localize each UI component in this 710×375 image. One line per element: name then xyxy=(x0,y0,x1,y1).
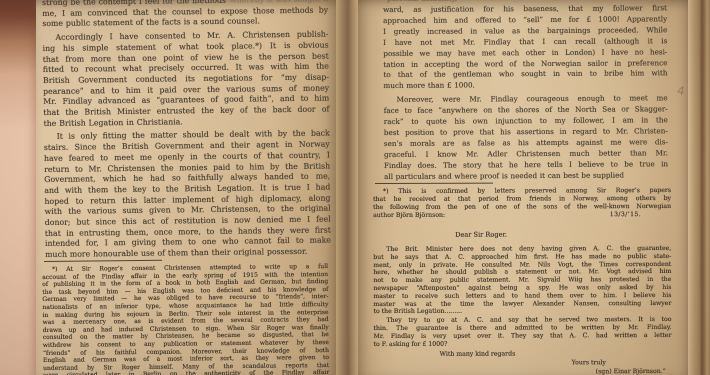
text-line: much more than £ 1000. xyxy=(384,80,668,93)
cut-top-line-visible: strong be the contempt I feel for the me… xyxy=(42,0,226,7)
left-page-main-text: strong be the contempt I feel for the me… xyxy=(42,0,331,261)
text-line: some public statement of the facts is a … xyxy=(42,16,328,30)
paragraph: It is only fitting the matter should be … xyxy=(44,129,332,261)
cut-top-line-faded: whereby it was sought to entrap xyxy=(230,0,328,5)
page-edge-left xyxy=(0,0,36,375)
letter-body: The Brit. Minister here does not deny ha… xyxy=(373,245,671,348)
letter-salutation: Dear Sir Roger. xyxy=(455,230,671,239)
footnote-intro-last-row: author Björn Björnson: 13/3/’15. xyxy=(373,211,671,220)
pencil-mark: 4 xyxy=(676,83,686,98)
footnote-date: 13/3/’15. xyxy=(610,211,641,219)
letter-closing: Yours truly xyxy=(572,359,672,367)
left-page-footnote: *) At Sir Roger’s consent Christensen at… xyxy=(42,258,329,375)
right-main-paragraphs: ward, as justification for his baseness,… xyxy=(383,3,668,182)
text-line: master was at the time the lawyer Alexan… xyxy=(373,300,671,309)
text-line: all particulars and where proof is neede… xyxy=(384,170,668,183)
text-line: to F. asking for £ 1000? xyxy=(374,340,672,349)
footnote-rule xyxy=(375,183,493,184)
paragraph: Moreover, were Mr. Findlay courageous en… xyxy=(384,94,669,183)
left-footnote-lines: *) At Sir Roger’s consent Christensen at… xyxy=(42,263,329,375)
letter-signature: (sgn) Einar Björnson.” xyxy=(596,368,672,375)
text-line: Mr. Findlay is very upset over it. They … xyxy=(374,332,672,341)
left-page: strong be the contempt I feel for the me… xyxy=(36,0,336,375)
footnote-rule xyxy=(44,260,162,262)
letter-regards: With many kind regards xyxy=(440,350,672,359)
text-line: Findlay does. The story that he here tel… xyxy=(384,159,668,172)
right-footnote-intro: *) This is confirmed by letters preserve… xyxy=(373,187,671,212)
paragraph: The Brit. Minister here does not deny ha… xyxy=(373,245,671,316)
paragraph: Accordingly I have consented to Mr. A. C… xyxy=(42,30,329,130)
paragraph: me, I am convinced that the counsel to e… xyxy=(42,5,328,30)
book-spread-photo: strong be the contempt I feel for the me… xyxy=(0,0,710,375)
right-page-main-text: personal immunity, ward, as justificatio… xyxy=(383,0,668,182)
text-line: to that of the gentleman who sought in v… xyxy=(383,69,667,82)
left-main-paragraphs: me, I am convinced that the counsel to e… xyxy=(42,5,331,261)
book-gutter xyxy=(336,0,358,375)
paragraph: They try to go at A. C. and say that he … xyxy=(373,316,671,348)
text-line: to the British Legation......... xyxy=(373,307,671,316)
paragraph: ward, as justification for his baseness,… xyxy=(383,3,668,92)
footnote-intro-last: author Björn Björnson: xyxy=(373,212,445,220)
page-edge-right xyxy=(688,0,710,375)
right-page-footnote: *) This is confirmed by letters preserve… xyxy=(373,182,672,375)
right-page: personal immunity, ward, as justificatio… xyxy=(358,0,688,375)
